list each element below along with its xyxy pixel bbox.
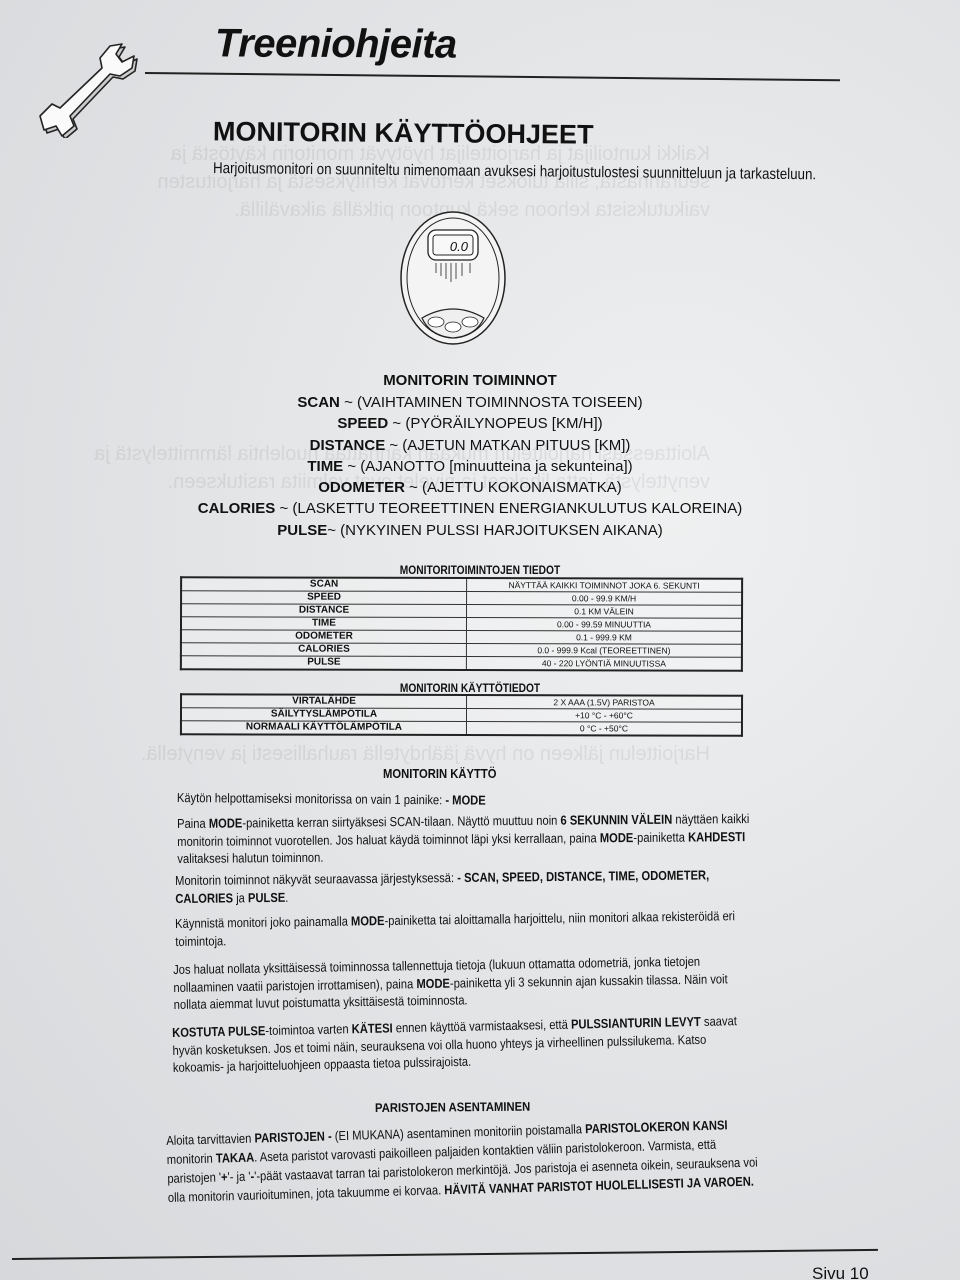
function-item: SPEED ~ (PYÖRÄILYNOPEUS [KM/H]) bbox=[140, 413, 800, 434]
function-table: SCANNÄYTTÄÄ KAIKKI TOIMINNOT JOKA 6. SEK… bbox=[180, 576, 743, 671]
function-item: TIME ~ (AJANOTTO [minuutteina ja sekunte… bbox=[140, 456, 800, 477]
usage-paragraph-2: Paina MODE-painiketta kerran siirtyäkses… bbox=[177, 810, 779, 868]
usage-table: VIRTALÄHDE2 X AAA (1.5V) PARISTOASÄILYTY… bbox=[180, 693, 743, 736]
footer-divider bbox=[12, 1249, 878, 1260]
monitor-illustration: 0.0 bbox=[398, 208, 508, 348]
wrench-icon bbox=[30, 38, 160, 138]
function-item: DISTANCE ~ (AJETUN MATKAN PITUUS [KM]) bbox=[140, 435, 800, 456]
usage-paragraph-3: Monitorin toiminnot näkyvät seuraavassa … bbox=[175, 866, 743, 907]
table-row: VIRTALÄHDE2 X AAA (1.5V) PARISTOA bbox=[181, 694, 742, 709]
table-key: ODOMETER bbox=[181, 630, 467, 644]
table-row: PULSE40 - 220 LYÖNTIÄ MINUUTISSA bbox=[181, 656, 742, 671]
table-value: 2 X AAA (1.5V) PARISTOA bbox=[467, 695, 743, 709]
page-number: Sivu 10 bbox=[812, 1264, 869, 1280]
function-item: PULSE~ (NYKYINEN PULSSI HARJOITUKSEN AIK… bbox=[140, 520, 800, 541]
usage-paragraph-5: Jos haluat nollata yksittäisessä toiminn… bbox=[173, 952, 759, 1014]
usage-heading: MONITORIN KÄYTTÖ bbox=[383, 767, 497, 781]
table-row: SCANNÄYTTÄÄ KAIKKI TOIMINNOT JOKA 6. SEK… bbox=[181, 577, 742, 592]
functions-heading: MONITORIN TOIMINNOT bbox=[140, 372, 800, 389]
monitor-display-value: 0.0 bbox=[450, 239, 469, 254]
functions-list: MONITORIN TOIMINNOT SCAN ~ (VAIHTAMINEN … bbox=[140, 372, 800, 541]
table-key: TIME bbox=[181, 617, 467, 631]
intro-text: Harjoitusmonitori on suunniteltu nimenom… bbox=[213, 160, 816, 184]
table-key: SÄILYTYSLÄMPÖTILA bbox=[181, 708, 467, 722]
usage-paragraph-4: Käynnistä monitori joko painamalla MODE-… bbox=[175, 907, 760, 950]
function-item: SCAN ~ (VAIHTAMINEN TOIMINNOSTA TOISEEN) bbox=[140, 392, 800, 413]
function-item: CALORIES ~ (LASKETTU TEOREETTINEN ENERGI… bbox=[140, 498, 800, 519]
table-value: 0.0 - 999.9 Kcal (TEOREETTINEN) bbox=[466, 644, 742, 658]
main-heading: MONITORIN KÄYTTÖOHJEET bbox=[213, 116, 594, 150]
table-key: DISTANCE bbox=[181, 604, 467, 618]
table-value: 0.1 - 999.9 KM bbox=[466, 631, 742, 645]
table-value: 0.00 - 99.59 MINUUTTIA bbox=[466, 618, 742, 632]
table-row: NORMAALI KÄYTTÖLÄMPÖTILA0 °C - +50°C bbox=[181, 721, 742, 736]
table-key: VIRTALÄHDE bbox=[181, 694, 467, 708]
title-divider bbox=[145, 72, 840, 81]
document-title: Treeniohjeita bbox=[215, 21, 457, 67]
function-item: ODOMETER ~ (AJETTU KOKONAISMATKA) bbox=[140, 477, 800, 498]
table-key: NORMAALI KÄYTTÖLÄMPÖTILA bbox=[181, 721, 467, 735]
table-value: 40 - 220 LYÖNTIÄ MINUUTISSA bbox=[466, 657, 742, 671]
table-value: NÄYTTÄÄ KAIKKI TOIMINNOT JOKA 6. SEKUNTI bbox=[467, 578, 743, 592]
table-value: 0 °C - +50°C bbox=[466, 722, 742, 736]
batteries-paragraph: Aloita tarvittavien PARISTOJEN - (EI MUK… bbox=[166, 1114, 761, 1207]
table-key: CALORIES bbox=[181, 643, 467, 657]
table-key: PULSE bbox=[181, 656, 467, 670]
bleed-through-text: Harjoittelun jälkeen on hyvä jäähdytellä… bbox=[70, 740, 710, 768]
table-key: SCAN bbox=[181, 577, 467, 591]
table-value: 0.1 KM VÄLEIN bbox=[467, 605, 743, 619]
batteries-heading: PARISTOJEN ASENTAMINEN bbox=[375, 1100, 530, 1115]
table-key: SPEED bbox=[181, 591, 467, 605]
table-value: 0.00 - 99.9 KM/H bbox=[467, 592, 743, 606]
usage-paragraph-1: Käytön helpottamiseksi monitorissa on va… bbox=[177, 789, 762, 812]
function-table-title: MONITORITOIMINTOJEN TIEDOT bbox=[327, 563, 633, 577]
table-value: +10 °C - +60°C bbox=[466, 709, 742, 723]
usage-paragraph-6: KOSTUTA PULSE-toimintoa varten KÄTESI en… bbox=[172, 1012, 758, 1077]
